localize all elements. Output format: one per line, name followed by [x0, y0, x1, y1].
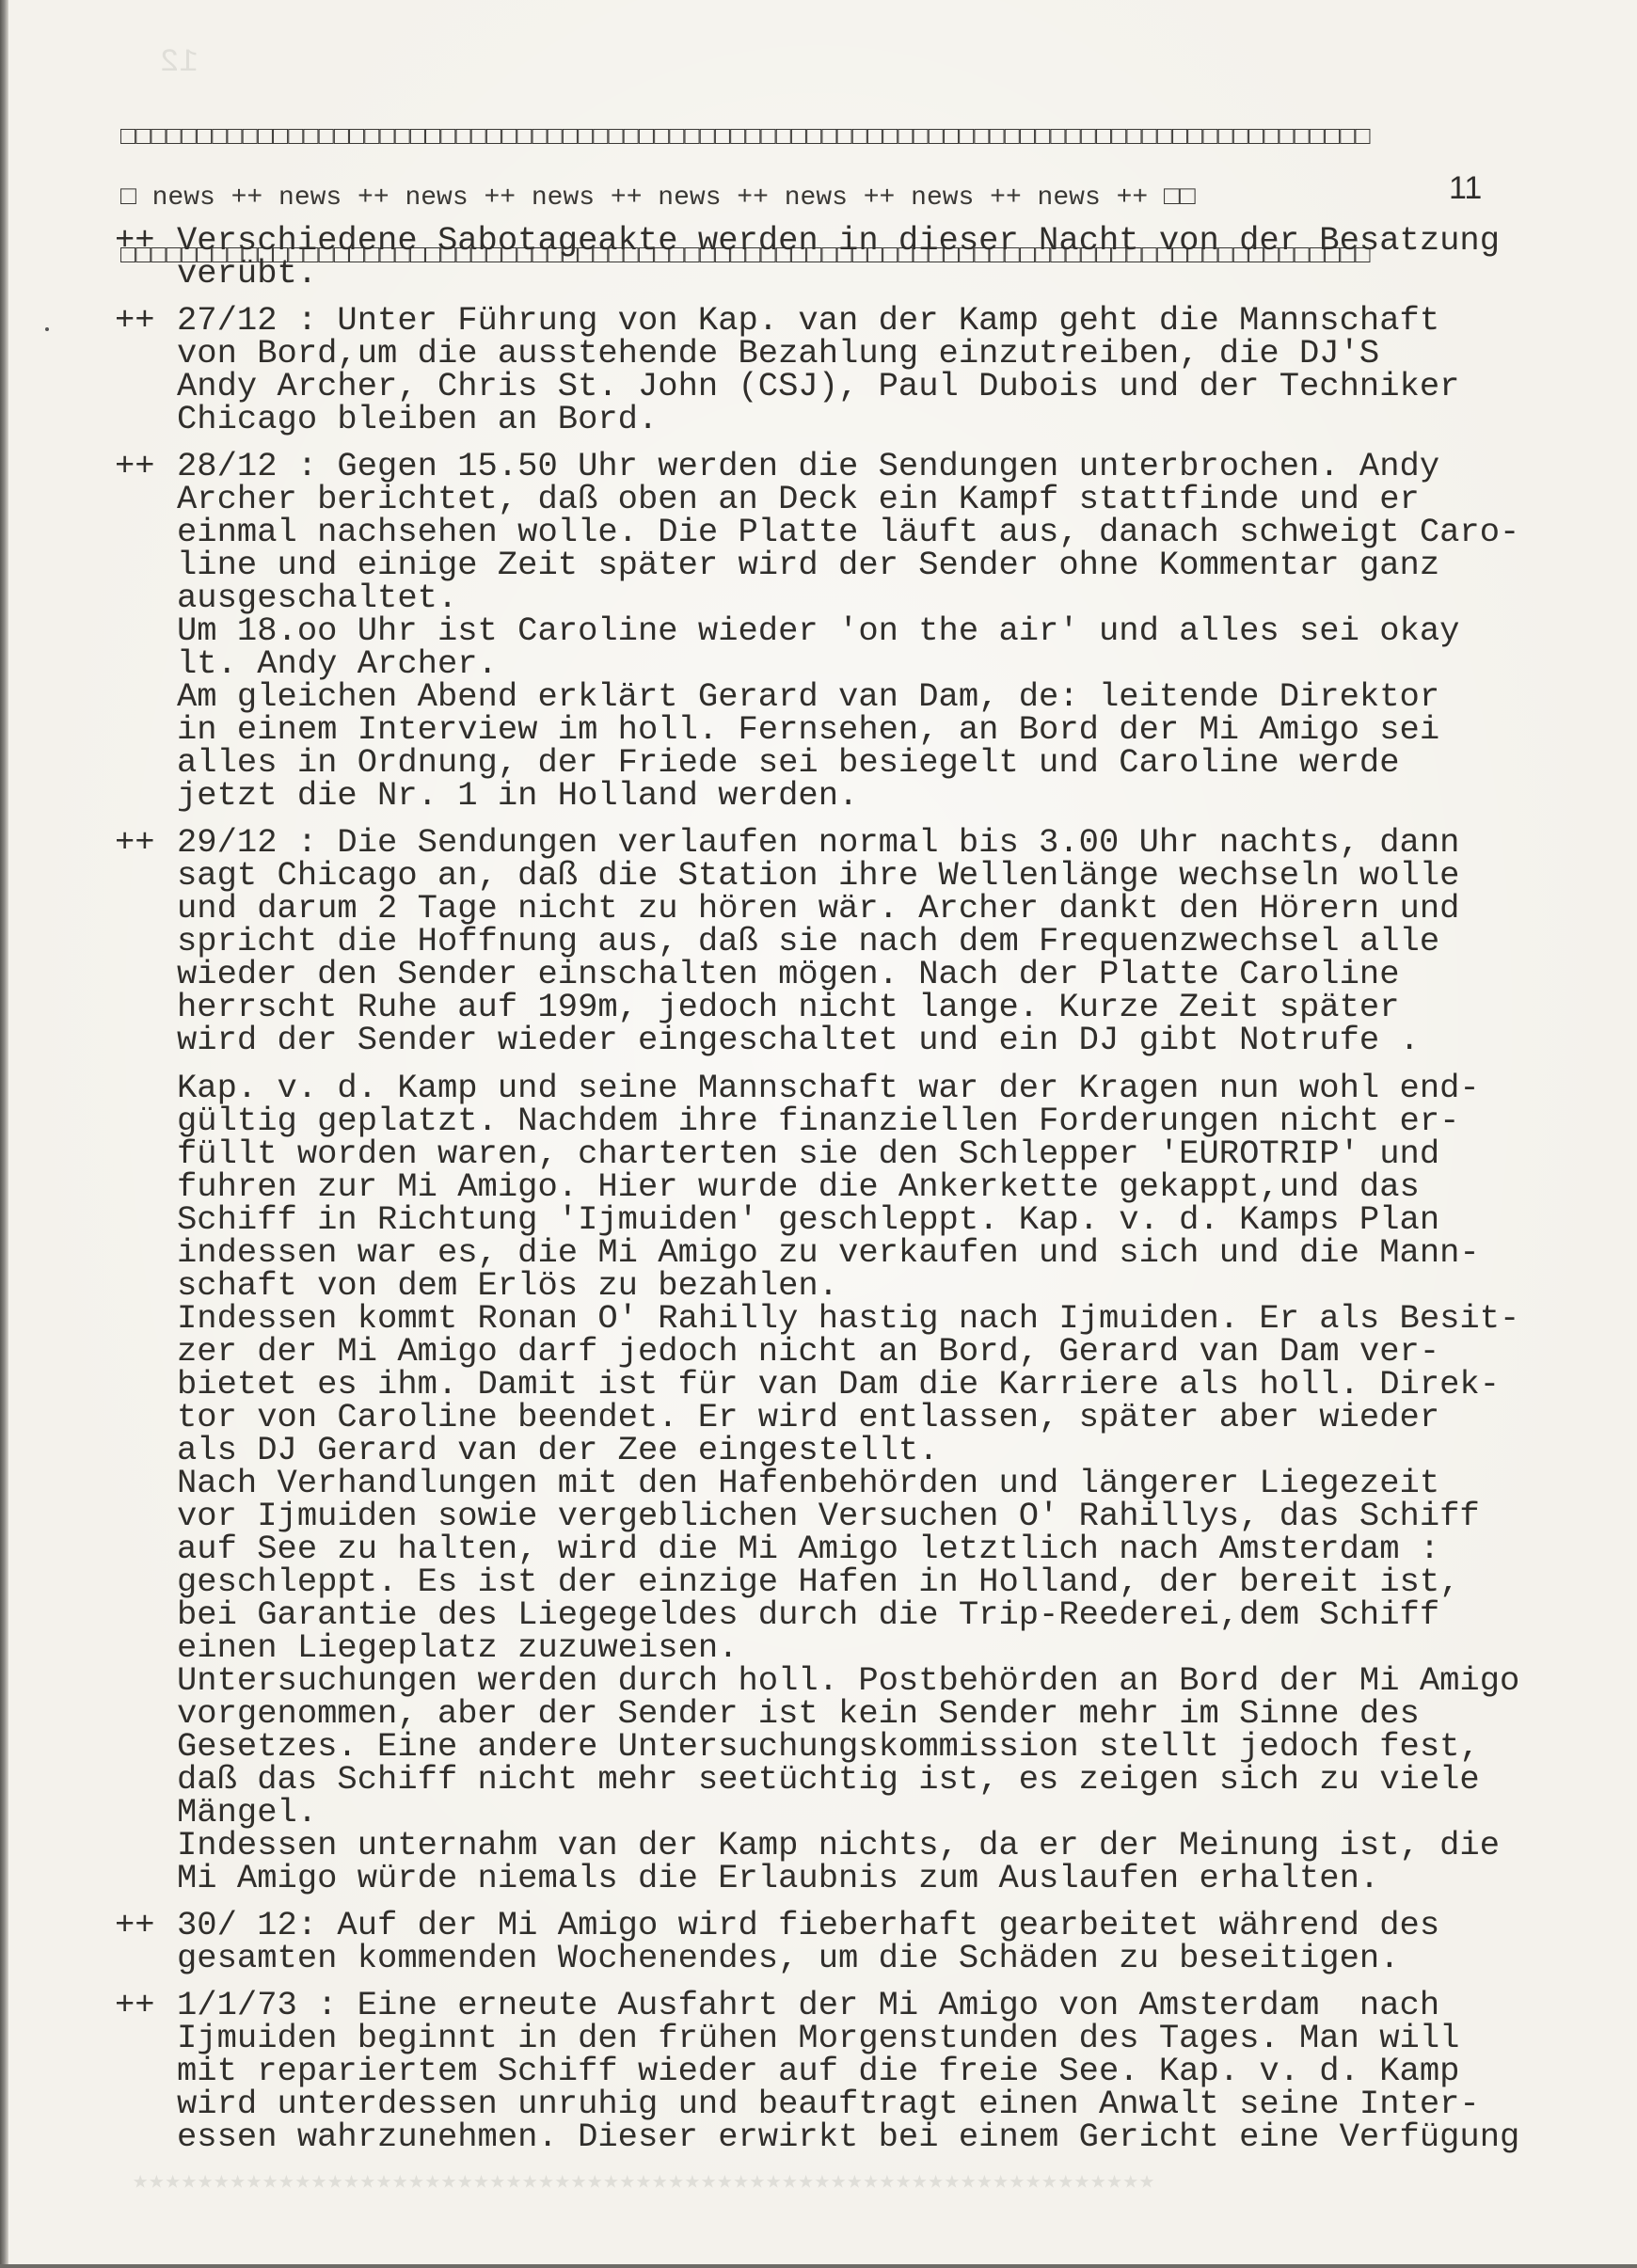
text-line: 30/ 12: Auf der Mi Amigo wird fieberhaft…	[177, 1909, 1582, 1942]
text-line: einen Liegeplatz zuzuweisen.	[177, 1631, 1582, 1664]
news-entry: ++ 27/12 : Unter Führung von Kap. van de…	[115, 304, 1582, 436]
news-entry: ++ 29/12 : Die Sendungen verlaufen norma…	[115, 826, 1582, 1895]
text-line: daß das Schiff nicht mehr seetüchtig ist…	[177, 1763, 1582, 1796]
binding-edge-shadow	[0, 0, 8, 2268]
text-line: lt. Andy Archer.	[177, 647, 1582, 680]
text-line: vor Ijmuiden sowie vergeblichen Versuche…	[177, 1499, 1582, 1532]
text-line: 28/12 : Gegen 15.50 Uhr werden die Sendu…	[177, 450, 1582, 483]
text-line: 27/12 : Unter Führung von Kap. van der K…	[177, 304, 1582, 337]
text-line: herrscht Ruhe auf 199m, jedoch nicht lan…	[177, 991, 1582, 1023]
text-line: Andy Archer, Chris St. John (CSJ), Paul …	[177, 370, 1582, 403]
text-line: indessen war es, die Mi Amigo zu verkauf…	[177, 1236, 1582, 1269]
text-line: Um 18.oo Uhr ist Caroline wieder 'on the…	[177, 614, 1582, 647]
text-line: tor von Caroline beendet. Er wird entlas…	[177, 1401, 1582, 1434]
text-line: essen wahrzunehmen. Dieser erwirkt bei e…	[177, 2120, 1582, 2153]
text-line: bietet es ihm. Damit ist für van Dam die…	[177, 1368, 1582, 1401]
banner-top-border: □□□□□□□□□□□□□□□□□□□□□□□□□□□□□□□□□□□□□□□□…	[120, 129, 1485, 149]
text-line: Untersuchungen werden durch holl. Postbe…	[177, 1664, 1582, 1697]
text-line: Schiff in Richtung 'Ijmuiden' geschleppt…	[177, 1203, 1582, 1236]
text-line: füllt worden waren, charterten sie den S…	[177, 1137, 1582, 1170]
stray-ink-dot	[45, 327, 49, 331]
banner-news-row: □ news ++ news ++ news ++ news ++ news +…	[120, 188, 1485, 208]
text-line: spricht die Hoffnung aus, daß sie nach d…	[177, 925, 1582, 958]
text-line: 29/12 : Die Sendungen verlaufen normal b…	[177, 826, 1582, 859]
text-line: Indessen unternahm van der Kamp nichts, …	[177, 1829, 1582, 1862]
news-entry: ++ 1/1/73 : Eine erneute Ausfahrt der Mi…	[115, 1989, 1582, 2153]
page-bottom-edge	[0, 2264, 1637, 2268]
text-line: wird der Sender wieder eingeschaltet und…	[177, 1023, 1582, 1056]
text-line: Mi Amigo würde niemals die Erlaubnis zum…	[177, 1862, 1582, 1895]
text-line: Indessen kommt Ronan O' Rahilly hastig n…	[177, 1302, 1582, 1335]
text-line: von Bord,um die ausstehende Bezahlung ei…	[177, 337, 1582, 370]
text-line: ausgeschaltet.	[177, 581, 1582, 614]
entry-marker: ++	[115, 304, 171, 337]
text-line: Archer berichtet, daß oben an Deck ein K…	[177, 483, 1582, 515]
text-line: verübt.	[177, 257, 1582, 290]
text-line: 1/1/73 : Eine erneute Ausfahrt der Mi Am…	[177, 1989, 1582, 2022]
text-line: bei Garantie des Liegegeldes durch die T…	[177, 1598, 1582, 1631]
text-line: fuhren zur Mi Amigo. Hier wurde die Anke…	[177, 1170, 1582, 1203]
show-through-star-row: ★★★★★★★★★★★★★★★★★★★★★★★★★★★★★★★★★★★★★★★★…	[132, 2165, 1154, 2197]
news-entry: ++ 30/ 12: Auf der Mi Amigo wird fieberh…	[115, 1909, 1582, 1975]
text-line: Mängel.	[177, 1796, 1582, 1829]
text-line: in einem Interview im holl. Fernsehen, a…	[177, 713, 1582, 746]
text-line: jetzt die Nr. 1 in Holland werden.	[177, 779, 1582, 812]
text-line: Chicago bleiben an Bord.	[177, 403, 1582, 436]
text-line: wird unterdessen unruhig und beauftragt …	[177, 2087, 1582, 2120]
entry-marker: ++	[115, 826, 171, 859]
text-line: sagt Chicago an, daß die Station ihre We…	[177, 859, 1582, 892]
entry-marker: ++	[115, 450, 171, 483]
news-entry: ++ Verschiedene Sabotageakte werden in d…	[115, 224, 1582, 290]
text-line: schaft von dem Erlös zu bezahlen.	[177, 1269, 1582, 1302]
text-line: Kap. v. d. Kamp und seine Mannschaft war…	[177, 1071, 1582, 1104]
text-line: als DJ Gerard van der Zee eingestellt.	[177, 1434, 1582, 1467]
text-line: vorgenommen, aber der Sender ist kein Se…	[177, 1697, 1582, 1730]
text-line: zer der Mi Amigo darf jedoch nicht an Bo…	[177, 1335, 1582, 1368]
show-through-page-number: 12	[160, 45, 199, 81]
text-line: line und einige Zeit später wird der Sen…	[177, 548, 1582, 581]
news-entry: ++ 28/12 : Gegen 15.50 Uhr werden die Se…	[115, 450, 1582, 812]
page-number: 11	[1449, 172, 1482, 204]
entry-marker: ++	[115, 1909, 171, 1942]
entry-marker: ++	[115, 1989, 171, 2022]
text-line: mit repariertem Schiff wieder auf die fr…	[177, 2054, 1582, 2087]
text-line: Ijmuiden beginnt in den frühen Morgenstu…	[177, 2022, 1582, 2054]
text-line: einmal nachsehen wolle. Die Platte läuft…	[177, 515, 1582, 548]
text-line: Nach Verhandlungen mit den Hafenbehörden…	[177, 1467, 1582, 1499]
text-line: alles in Ordnung, der Friede sei besiege…	[177, 746, 1582, 779]
text-line: geschleppt. Es ist der einzige Hafen in …	[177, 1565, 1582, 1598]
news-body: ++ Verschiedene Sabotageakte werden in d…	[115, 224, 1582, 2167]
text-line: wieder den Sender einschalten mögen. Nac…	[177, 958, 1582, 991]
text-line: Am gleichen Abend erklärt Gerard van Dam…	[177, 680, 1582, 713]
text-line: und darum 2 Tage nicht zu hören wär. Arc…	[177, 892, 1582, 925]
text-line: Gesetzes. Eine andere Untersuchungskommi…	[177, 1730, 1582, 1763]
entry-marker: ++	[115, 224, 171, 257]
text-line: gesamten kommenden Wochenendes, um die S…	[177, 1942, 1582, 1975]
document-page: 12 ★★★★★★★★★★★★★★★★★★★★★★★★★★★★★★★★★★★★★…	[0, 0, 1637, 2268]
text-line: Verschiedene Sabotageakte werden in dies…	[177, 224, 1582, 257]
text-line: gültig geplatzt. Nachdem ihre finanziell…	[177, 1104, 1582, 1137]
text-line: auf See zu halten, wird die Mi Amigo let…	[177, 1532, 1582, 1565]
